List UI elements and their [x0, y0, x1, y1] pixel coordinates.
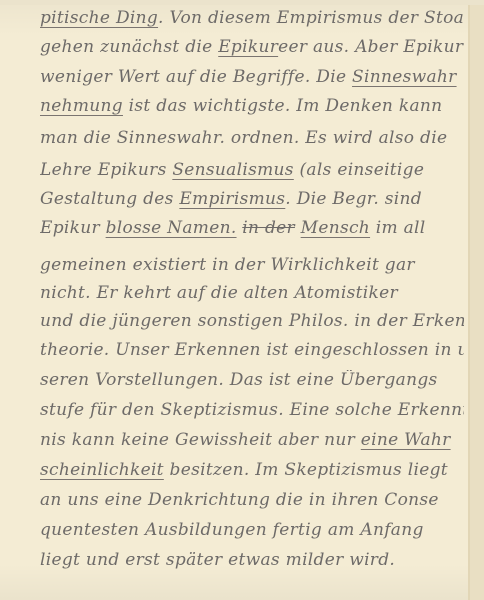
- manuscript-line: Lehre Epikurs Sensualismus (als einseiti…: [40, 160, 464, 180]
- manuscript-line: gemeinen existiert in der Wirklichkeit g…: [40, 255, 464, 275]
- manuscript-line: stufe für den Skeptizismus. Eine solche …: [40, 400, 464, 420]
- manuscript-line: an uns eine Denkrichtung die in ihren Co…: [40, 490, 464, 510]
- paper-top-edge: [0, 0, 484, 5]
- manuscript-line: pitische Ding. Von diesem Empirismus der…: [40, 8, 464, 28]
- manuscript-line: und die jüngeren sonstigen Philos. in de…: [40, 311, 464, 331]
- manuscript-line: Gestaltung des Empirismus. Die Begr. sin…: [40, 189, 464, 209]
- manuscript-line: man die Sinneswahr. ordnen. Es wird also…: [40, 128, 464, 148]
- manuscript-line: weniger Wert auf die Begriffe. Die Sinne…: [40, 67, 464, 87]
- manuscript-line: Epikur blosse Namen. in der Mensch im al…: [40, 218, 464, 238]
- manuscript-line: theorie. Unser Erkennen ist eingeschloss…: [40, 340, 464, 360]
- manuscript-line: quentesten Ausbildungen fertig am Anfang: [40, 520, 464, 540]
- manuscript-line: nehmung ist das wichtigste. Im Denken ka…: [40, 96, 464, 116]
- manuscript-line: seren Vorstellungen. Das ist eine Überga…: [40, 370, 464, 390]
- paper-edge: [470, 0, 484, 600]
- manuscript-line: nis kann keine Gewissheit aber nur eine …: [40, 430, 464, 450]
- manuscript-line: nicht. Er kehrt auf die alten Atomistike…: [40, 283, 464, 303]
- manuscript-line: liegt und erst später etwas milder wird.: [40, 550, 464, 570]
- manuscript-line: gehen zunächst die Epikureer aus. Aber E…: [40, 37, 464, 57]
- manuscript-line: scheinlichkeit besitzen. Im Skeptizismus…: [40, 460, 464, 480]
